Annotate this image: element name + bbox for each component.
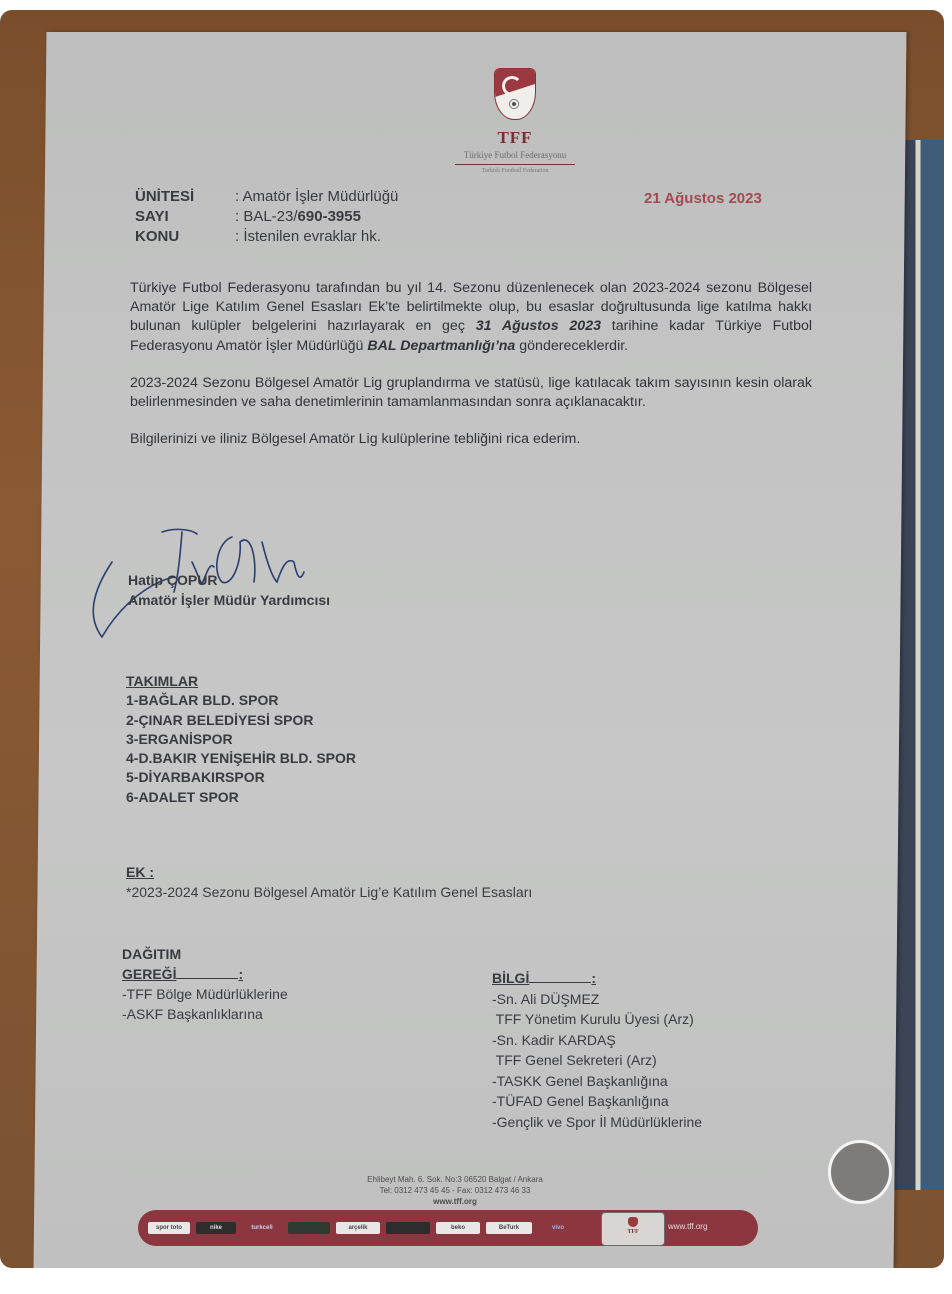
department-name: BAL Departmanlığı’na [367, 338, 515, 354]
info-header: BİLGİ: [492, 968, 596, 989]
website-line: www.tff.org [290, 1196, 620, 1207]
org-name-en: Turkish Football Federation [435, 168, 595, 174]
signer-title: Amatör İşler Müdür Yardımcısı [128, 590, 330, 610]
attachment-item: *2023-2024 Sezonu Bölgesel Amatör Lig’e … [126, 882, 532, 902]
tff-footer-badge: TFF [601, 1212, 665, 1246]
action-header-text: GEREĞİ [122, 966, 176, 982]
info-colon: : [591, 970, 596, 986]
info-item: TFF Yönetim Kurulu Üyesi (Arz) [492, 1009, 702, 1030]
number-bold: 690-3955 [298, 208, 361, 225]
unit-value: : Amatör İşler Müdürlüğü [235, 187, 398, 207]
sponsor-bar: spor toto nike turkcell arçelik beko BeT… [138, 1210, 758, 1246]
distribution-info: BİLGİ: -Sn. Ali DÜŞMEZ TFF Yönetim Kurul… [492, 968, 702, 1132]
official-letter: TFF Türkiye Futbol Federasyonu Turkish F… [40, 32, 900, 1268]
team-item: 5-DİYARBAKIRSPOR [126, 768, 356, 787]
sponsor-logo [386, 1222, 430, 1234]
letter-meta: ÜNİTESİ : Amatör İşler Müdürlüğü SAYI : … [135, 187, 398, 247]
letterhead: TFF Türkiye Futbol Federasyonu Turkish F… [435, 68, 595, 174]
p1-text-c: göndereceklerdir. [515, 338, 628, 354]
team-item: 6-ADALET SPOR [126, 788, 356, 807]
tff-crest-icon [494, 68, 536, 120]
info-item: TFF Genel Sekreteri (Arz) [492, 1050, 702, 1071]
info-item: -Gençlik ve Spor İl Müdürlüklerine [492, 1112, 702, 1133]
sponsor-logo [288, 1222, 330, 1234]
action-colon: : [238, 966, 243, 982]
document-photo: TFF Türkiye Futbol Federasyonu Turkish F… [0, 10, 944, 1268]
meta-number: SAYI : BAL-23/690-3955 [135, 207, 398, 227]
sponsor-logo: BeTurk [486, 1222, 532, 1234]
sponsor-logo: turkcell [242, 1222, 282, 1234]
meta-subject: KONU : İstenilen evraklar hk. [135, 227, 398, 247]
info-item: -TASKK Genel Başkanlığına [492, 1071, 702, 1092]
org-abbr: TFF [435, 128, 595, 148]
badge-text: TFF [602, 1229, 664, 1235]
teams-list: TAKIMLAR 1-BAĞLAR BLD. SPOR 2-ÇINAR BELE… [126, 672, 356, 807]
subject-label: KONU [135, 227, 235, 247]
unit-label: ÜNİTESİ [135, 187, 235, 207]
action-item: -ASKF Başkanlıklarına [122, 1004, 288, 1024]
info-item: -Sn. Kadir KARDAŞ [492, 1030, 702, 1051]
number-label: SAYI [135, 207, 235, 227]
sponsor-logo: vivo [538, 1222, 578, 1234]
letter-body: Türkiye Futbol Federasyonu tarafından bu… [130, 279, 812, 467]
attachments: EK : *2023-2024 Sezonu Bölgesel Amatör L… [126, 862, 532, 902]
signer-name: Hatip ÇOPUR [128, 570, 330, 590]
letterhead-divider [455, 164, 575, 165]
attachments-header: EK : [126, 862, 532, 882]
team-item: 4-D.BAKIR YENİŞEHİR BLD. SPOR [126, 749, 356, 768]
letter-date: 21 Ağustos 2023 [644, 190, 762, 207]
info-item: -TÜFAD Genel Başkanlığına [492, 1091, 702, 1112]
number-value: : BAL-23/690-3955 [235, 207, 361, 227]
action-header: GEREĞİ: [122, 964, 243, 984]
distribution-action: DAĞITIM GEREĞİ: -TFF Bölge Müdürlüklerin… [122, 944, 288, 1024]
sponsor-logo: nike [196, 1222, 236, 1234]
sponsor-logo: spor toto [148, 1222, 190, 1234]
paragraph-3: Bilgilerinizi ve iliniz Bölgesel Amatör … [130, 430, 812, 449]
distribution-header: DAĞITIM [122, 944, 288, 964]
team-item: 2-ÇINAR BELEDİYESİ SPOR [126, 711, 356, 730]
tff-crest-icon [628, 1217, 638, 1227]
signer-block: Hatip ÇOPUR Amatör İşler Müdür Yardımcıs… [128, 570, 330, 610]
deadline-date: 31 Ağustos 2023 [476, 318, 601, 334]
paragraph-2: 2023-2024 Sezonu Bölgesel Amatör Lig gru… [130, 374, 812, 412]
sponsor-logo: beko [436, 1222, 480, 1234]
sponsor-logo: arçelik [336, 1222, 380, 1234]
teams-header: TAKIMLAR [126, 672, 356, 691]
circle-capture-icon[interactable] [828, 1140, 892, 1204]
footer-address: Ehlibeyt Mah. 6. Sok. No:3 06520 Balgat … [290, 1174, 620, 1207]
info-item: -Sn. Ali DÜŞMEZ [492, 989, 702, 1010]
number-prefix: : BAL-23/ [235, 208, 298, 225]
phone-fax-line: Tel: 0312 473 45 45 - Fax: 0312 473 46 3… [290, 1185, 620, 1196]
org-name-tr: Türkiye Futbol Federasyonu [435, 150, 595, 160]
action-item: -TFF Bölge Müdürlüklerine [122, 984, 288, 1004]
team-item: 3-ERGANİSPOR [126, 730, 356, 749]
meta-unit: ÜNİTESİ : Amatör İşler Müdürlüğü [135, 187, 398, 207]
team-item: 1-BAĞLAR BLD. SPOR [126, 691, 356, 710]
info-header-text: BİLGİ [492, 970, 529, 986]
subject-value: : İstenilen evraklar hk. [235, 227, 381, 247]
bar-url: www.tff.org [668, 1222, 707, 1231]
address-line: Ehlibeyt Mah. 6. Sok. No:3 06520 Balgat … [290, 1174, 620, 1185]
paragraph-1: Türkiye Futbol Federasyonu tarafından bu… [130, 279, 812, 356]
